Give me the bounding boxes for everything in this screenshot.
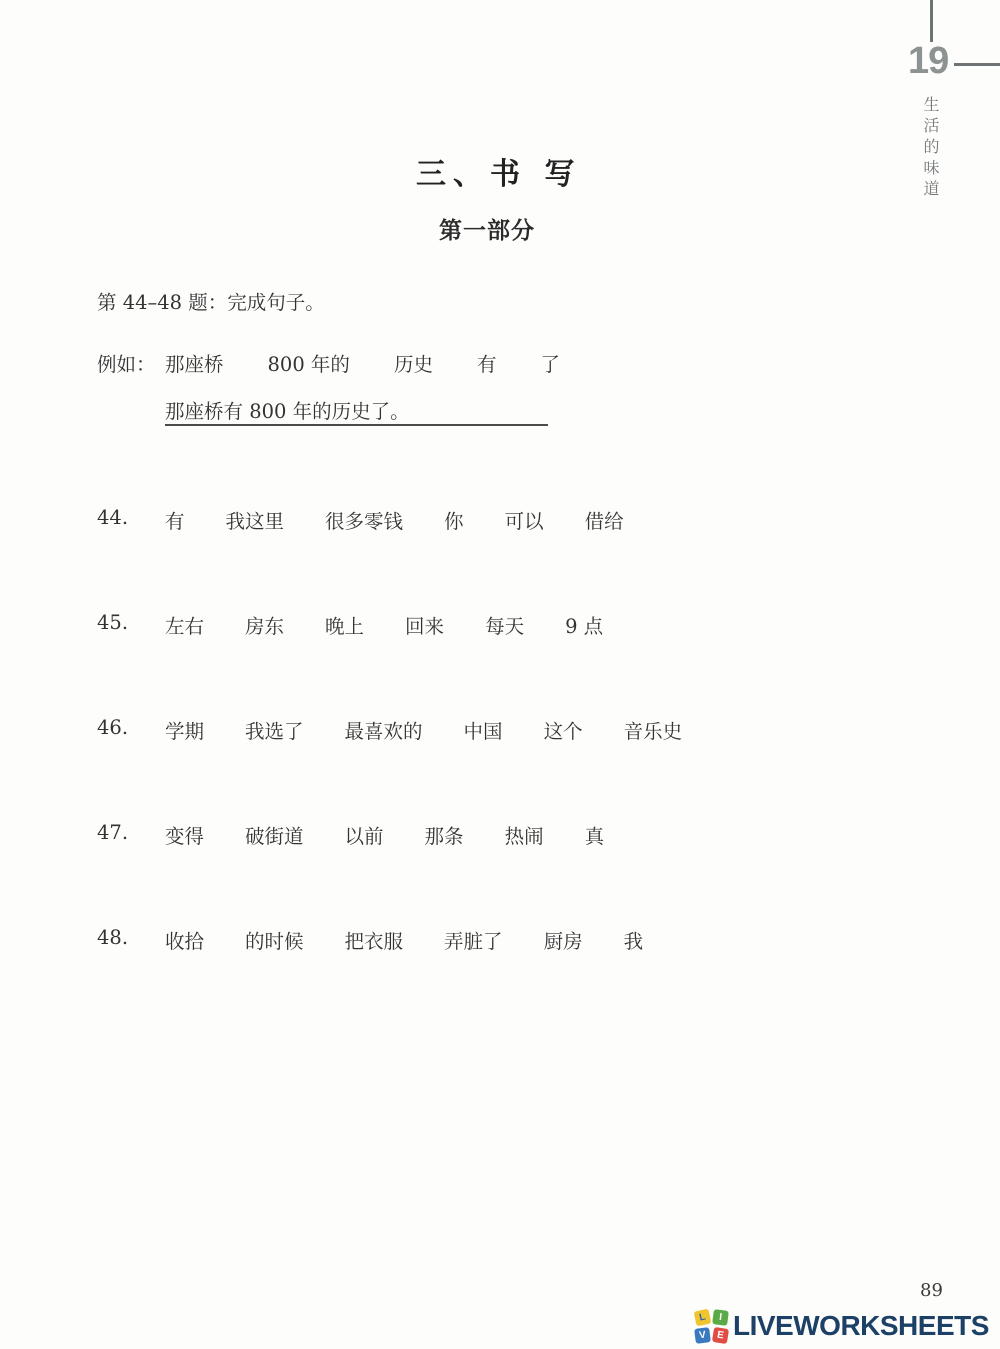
chapter-title-vertical: 生活的味道 [919,96,942,201]
word-option: 热闹 [505,821,544,849]
word-option: 可以 [505,506,544,534]
question-words: 左右 房东 晚上 回来 每天 9 点 [165,611,603,639]
word-option: 房东 [245,611,284,639]
question-number: 44. [97,506,165,529]
header-vertical-rule [930,0,933,42]
example-word: 那座桥 [165,349,224,377]
word-option: 借给 [585,506,624,534]
question-row-47: 47. 变得 破街道 以前 那条 热闹 真 [97,821,604,849]
word-option: 中国 [464,716,503,744]
question-words: 有 我这里 很多零钱 你 可以 借给 [165,506,624,534]
word-option: 这个 [544,716,583,744]
example-word: 800 年的 [268,349,350,377]
question-number: 47. [97,821,165,844]
word-option: 左右 [165,611,204,639]
word-option: 你 [444,506,464,534]
question-words: 学期 我选了 最喜欢的 中国 这个 音乐史 [165,716,682,744]
section-title: 三、书 写 [416,149,581,193]
word-option: 音乐史 [624,716,683,744]
word-option: 把衣服 [345,926,404,954]
word-option: 变得 [165,821,204,849]
question-row-45: 45. 左右 房东 晚上 回来 每天 9 点 [97,611,603,639]
word-option: 9 点 [565,611,603,639]
example-word: 历史 [394,349,433,377]
word-option: 我 [624,926,644,954]
question-number: 45. [97,611,165,634]
liveworksheets-icon: L I V E [695,1308,730,1343]
word-option: 有 [165,506,185,534]
question-row-44: 44. 有 我这里 很多零钱 你 可以 借给 [97,506,624,534]
word-option: 厨房 [544,926,583,954]
question-number: 48. [97,926,165,949]
question-row-48: 48. 收拾 的时候 把衣服 弄脏了 厨房 我 [97,926,643,954]
example-label: 例如： [97,349,165,377]
question-row-46: 46. 学期 我选了 最喜欢的 中国 这个 音乐史 [97,716,682,744]
word-option: 回来 [405,611,444,639]
word-option: 的时候 [245,926,304,954]
word-option: 我这里 [226,506,285,534]
word-option: 破街道 [245,821,304,849]
instructions-text: 第 44–48 题：完成句子。 [97,287,325,315]
word-option: 每天 [485,611,524,639]
example-words: 那座桥 800 年的 历史 有 了 [165,349,560,377]
question-words: 收拾 的时候 把衣服 弄脏了 厨房 我 [165,926,643,954]
word-option: 晚上 [325,611,364,639]
word-option: 收拾 [165,926,204,954]
word-option: 最喜欢的 [345,716,423,744]
section-subtitle: 第一部分 [439,212,535,245]
liveworksheets-wordmark: LIVEWORKSHEETS [733,1310,989,1342]
word-option: 我选了 [245,716,304,744]
word-option: 真 [585,821,605,849]
logo-square-l: L [694,1309,712,1327]
example-answer: 那座桥有 800 年的历史了。 [165,396,410,424]
word-option: 弄脏了 [444,926,503,954]
word-option: 很多零钱 [325,506,403,534]
example-answer-underline [165,424,548,426]
word-option: 那条 [425,821,464,849]
word-option: 以前 [345,821,384,849]
worksheet-page: 19 生活的味道 三、书 写 第一部分 第 44–48 题：完成句子。 例如： … [0,0,1000,1349]
question-number: 46. [97,716,165,739]
word-option: 学期 [165,716,204,744]
logo-square-e: E [712,1327,729,1344]
example-row: 例如： 那座桥 800 年的 历史 有 了 [97,349,560,377]
chapter-number: 19 [908,42,948,80]
example-word: 了 [540,349,560,377]
logo-square-i: I [712,1309,729,1326]
liveworksheets-logo[interactable]: L I V E LIVEWORKSHEETS [695,1308,989,1343]
question-words: 变得 破街道 以前 那条 热闹 真 [165,821,604,849]
header-horizontal-rule [954,63,1000,66]
logo-square-v: V [694,1327,711,1344]
page-number: 89 [920,1280,943,1301]
example-word: 有 [477,349,497,377]
